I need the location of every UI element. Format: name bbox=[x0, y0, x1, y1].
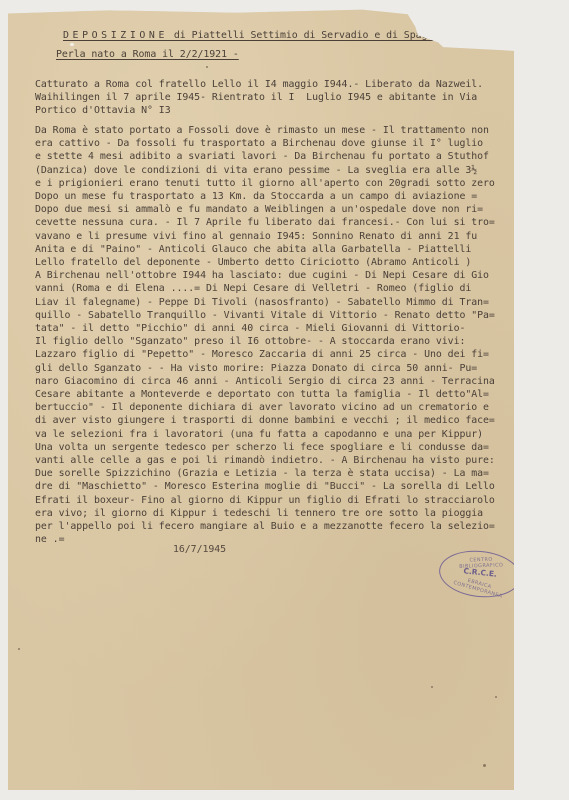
text-line: quillo - Sabatello Tranquillo - Vivanti … bbox=[35, 309, 495, 322]
text-line: di aver visto giungere i trasporti di do… bbox=[35, 414, 495, 427]
intro-paragraph: Catturato a Roma col fratello Lello il I… bbox=[35, 78, 483, 118]
text-line: Anita e di "Paino" - Anticoli Glauco che… bbox=[35, 243, 495, 256]
text-line: Lello fratello del deponente - Umberto d… bbox=[35, 256, 495, 269]
text-line: Cesare abitante a Monteverde e deportato… bbox=[35, 388, 495, 401]
text-line: vanni (Roma e di Elena ....= Di Nepi Ces… bbox=[35, 282, 495, 295]
text-line: Due sorelle Spizzichino (Grazia e Letizi… bbox=[35, 467, 495, 480]
text-line: gli dello Sganzato - - Ha visto morire: … bbox=[35, 362, 495, 375]
text-line: Dopo due mesi si ammalò e fu mandato a W… bbox=[35, 203, 495, 216]
text-line: e stette 4 mesi adibito a svariati lavor… bbox=[35, 150, 495, 163]
text-line: va le selezioni fra i lavoratori (una fu… bbox=[35, 428, 495, 441]
archive-stamp: CENTRO BIBLIOGRAFICO C.R.C.E. EBRAICA CO… bbox=[437, 547, 523, 601]
text-line: ne .= bbox=[35, 533, 495, 546]
paper-speck bbox=[206, 66, 208, 68]
testimony-body: Da Roma è stato portato a Fossoli dove è… bbox=[35, 124, 495, 547]
text-line: tata" - il detto "Picchio" di anni 40 ci… bbox=[35, 322, 495, 335]
text-line: era vivo; il giorno di Kippur i tedeschi… bbox=[35, 507, 495, 520]
text-line: Liav il falegname) - Peppe Di Tivoli (na… bbox=[35, 296, 495, 309]
paper-speck bbox=[431, 686, 433, 688]
text-line: era cattivo - Da fossoli fu trasportato … bbox=[35, 137, 495, 150]
paper-speck bbox=[483, 764, 486, 767]
text-line: bertuccio" - Il deponente dichiara di av… bbox=[35, 401, 495, 414]
text-line: vavano e li presume vivi fino al gennaio… bbox=[35, 230, 495, 243]
text-line: Portico d'Ottavia N° I3 bbox=[35, 104, 483, 117]
document-subtitle: Perla nato a Roma il 2/2/1921 - bbox=[56, 48, 239, 61]
text-line: (Danzica) dove le condizioni di vita era… bbox=[35, 164, 495, 177]
paper-speck bbox=[495, 696, 497, 698]
text-line: Il figlio dello "Sganzato" preso il I6 o… bbox=[35, 335, 495, 348]
text-line: cevette nessuna cura. - Il 7 Aprile fu l… bbox=[35, 216, 495, 229]
paper-blemish bbox=[70, 43, 74, 46]
text-line: A Birchenau nell'ottobre I944 ha lasciat… bbox=[35, 269, 495, 282]
text-line: per l'appello poi li fecero mangiare al … bbox=[35, 520, 495, 533]
text-line: Efrati il boxeur- Fino al giorno di Kipp… bbox=[35, 494, 495, 507]
text-line: dre di "Maschietto" - Moresco Esterina m… bbox=[35, 480, 495, 493]
text-line: naro Giacomino di circa 46 anni - Antico… bbox=[35, 375, 495, 388]
text-line: Da Roma è stato portato a Fossoli dove è… bbox=[35, 124, 495, 137]
text-line: e i prigionieri erano tenuti tutto il gi… bbox=[35, 177, 495, 190]
document-page: DEPOSIZIONE di Piattelli Settimio di Ser… bbox=[8, 8, 514, 790]
title-deposizione: DEPOSIZIONE bbox=[63, 30, 168, 41]
paper-speck bbox=[18, 648, 20, 650]
document-title: DEPOSIZIONE di Piattelli Settimio di Ser… bbox=[63, 29, 433, 42]
document-date: 16/7/1945 bbox=[173, 543, 226, 556]
title-deponent: di Piattelli Settimio di Servadio e di S… bbox=[168, 30, 433, 41]
text-line: Dopo un mese fu trasportato a 13 Km. da … bbox=[35, 190, 495, 203]
text-line: Una volta un sergente tedesco per scherz… bbox=[35, 441, 495, 454]
text-line: Lazzaro figlio di "Pepetto" - Moresco Za… bbox=[35, 348, 495, 361]
text-line: Catturato a Roma col fratello Lello il I… bbox=[35, 78, 483, 91]
text-line: vanti alle celle a gas e poi li rimandò … bbox=[35, 454, 495, 467]
text-line: Waihilingen il 7 aprile I945- Rientrato … bbox=[35, 91, 483, 104]
